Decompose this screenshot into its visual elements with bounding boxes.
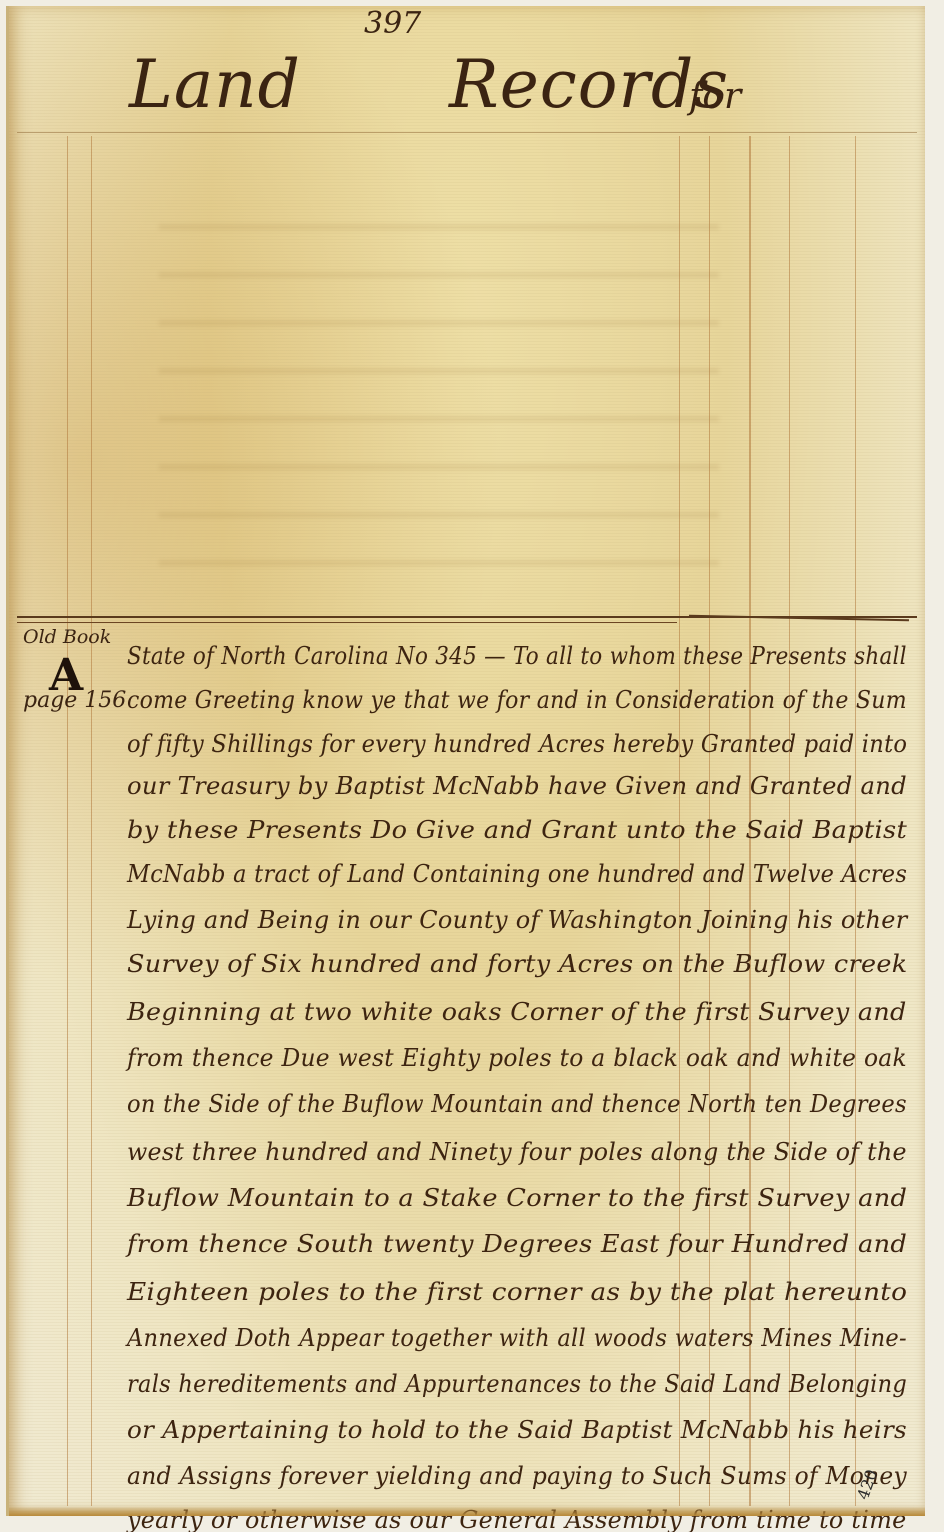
- section-divider-thin: [17, 622, 677, 623]
- title-records: Records: [449, 46, 729, 123]
- title-for: for: [689, 76, 741, 117]
- text-line: Beginning at two white oaks Corner of th…: [127, 998, 907, 1026]
- text-line: yearly or otherwise as our General Assem…: [127, 1506, 907, 1532]
- text-line: Eighteen poles to the first corner as by…: [127, 1278, 907, 1306]
- margin-rule: [91, 136, 92, 1506]
- text-line: Survey of Six hundred and forty Acres on…: [127, 950, 907, 978]
- text-line: and Assigns forever yielding and paying …: [127, 1462, 907, 1490]
- text-line: rals hereditements and Appurtenances to …: [127, 1370, 907, 1398]
- margin-old-book: Old Book: [23, 626, 111, 648]
- margin-rule: [67, 136, 68, 1506]
- text-line: from thence South twenty Degrees East fo…: [127, 1230, 907, 1258]
- text-line: by these Presents Do Give and Grant unto…: [127, 816, 907, 844]
- text-line: Lying and Being in our County of Washing…: [127, 906, 907, 934]
- text-line: of fifty Shillings for every hundred Acr…: [127, 730, 907, 758]
- text-line: from thence Due west Eighty poles to a b…: [127, 1044, 907, 1072]
- text-line: McNabb a tract of Land Containing one hu…: [127, 860, 907, 888]
- text-line: or Appertaining to hold to the Said Bapt…: [127, 1416, 907, 1444]
- text-line: on the Side of the Buflow Mountain and t…: [127, 1090, 907, 1118]
- bleed-through-text: [159, 186, 719, 566]
- text-line: our Treasury by Baptist McNabb have Give…: [127, 772, 907, 800]
- text-line: State of North Carolina No 345 — To all …: [127, 642, 907, 670]
- margin-page-ref: page 156: [23, 688, 126, 713]
- text-line: west three hundred and Ninety four poles…: [127, 1138, 907, 1166]
- header-rule: [17, 132, 917, 133]
- text-line: Annexed Doth Appear together with all wo…: [127, 1324, 907, 1352]
- ledger-page: 397 Land Records for Old Book A page 156…: [6, 6, 925, 1516]
- title-land: Land: [129, 46, 301, 123]
- text-line: Buflow Mountain to a Stake Corner to the…: [127, 1184, 907, 1212]
- text-line: come Greeting know ye that we for and in…: [127, 686, 907, 714]
- page-number: 397: [364, 6, 421, 41]
